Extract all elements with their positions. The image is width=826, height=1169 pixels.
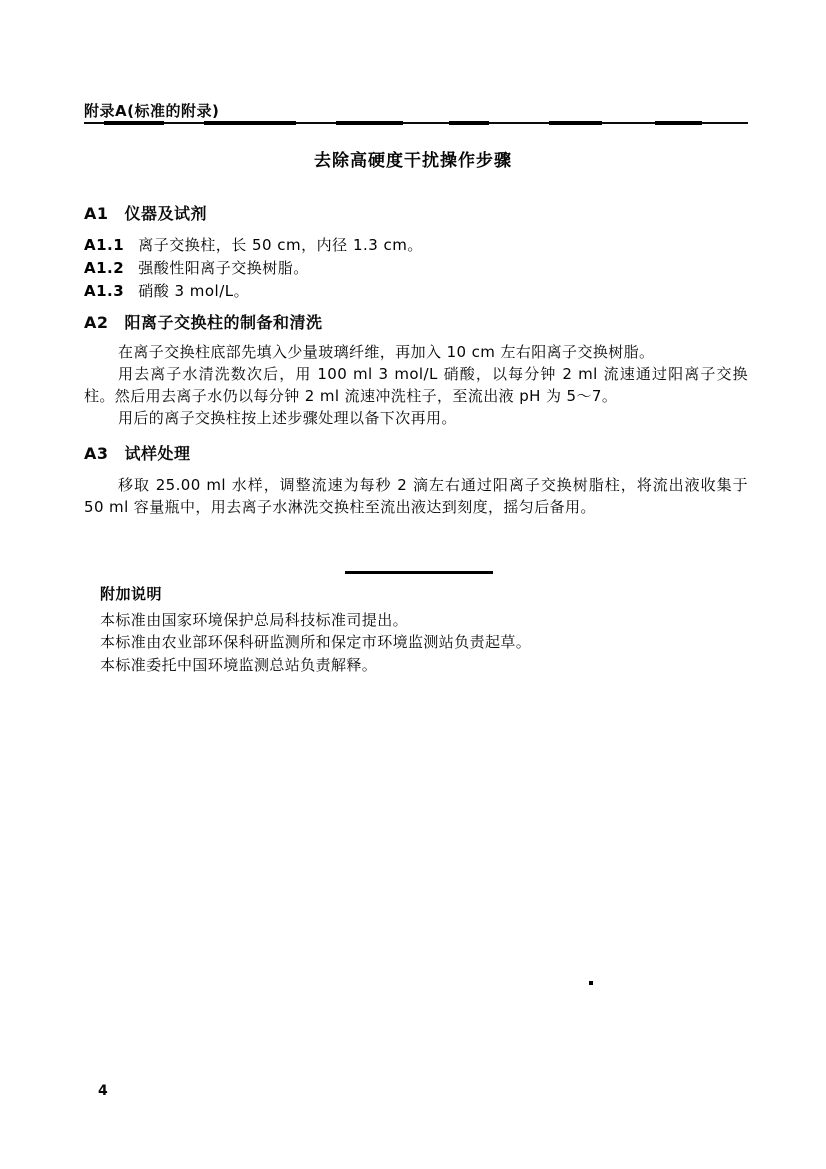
header-rule bbox=[84, 120, 748, 126]
item-number: A1.2 bbox=[84, 257, 124, 280]
section-a2-body: 在离子交换柱底部先填入少量玻璃纤维，再加入 10 cm 左右阳离子交换树脂。 用… bbox=[84, 341, 748, 429]
section-a2-heading: A2阳离子交换柱的制备和清洗 bbox=[84, 310, 323, 333]
addendum-line: 本标准由国家环境保护总局科技标准司提出。 bbox=[100, 609, 720, 632]
section-a3-heading: A3试样处理 bbox=[84, 441, 191, 464]
reagent-list: A1.1离子交换柱，长 50 cm，内径 1.3 cm。 A1.2强酸性阳离子交… bbox=[84, 234, 764, 303]
item-text: 离子交换柱，长 50 cm，内径 1.3 cm。 bbox=[138, 236, 423, 254]
item-number: A1.1 bbox=[84, 234, 124, 257]
section-a1-heading: A1仪器及试剂 bbox=[84, 201, 207, 224]
section-a3-body: 移取 25.00 ml 水样，调整流速为每秒 2 滴左右通过阳离子交换树脂柱，将… bbox=[84, 474, 748, 518]
header-rule-segment bbox=[336, 121, 402, 125]
section-a1-number: A1 bbox=[84, 204, 109, 223]
addendum-line: 本标准委托中国环境监测总站负责解释。 bbox=[100, 654, 720, 677]
header-rule-segment bbox=[655, 121, 701, 125]
paragraph: 在离子交换柱底部先填入少量玻璃纤维，再加入 10 cm 左右阳离子交换树脂。 bbox=[84, 341, 748, 363]
addendum-title: 附加说明 bbox=[100, 583, 720, 606]
addendum-divider bbox=[345, 571, 493, 574]
section-a3-number: A3 bbox=[84, 444, 109, 463]
section-a3-title: 试样处理 bbox=[125, 444, 191, 463]
item-number: A1.3 bbox=[84, 280, 124, 303]
document-page: 附录A(标准的附录) 去除高硬度干扰操作步骤 A1仪器及试剂 A1.1离子交换柱… bbox=[0, 0, 826, 1169]
item-text: 硝酸 3 mol/L。 bbox=[138, 282, 249, 300]
list-item: A1.2强酸性阳离子交换树脂。 bbox=[84, 257, 764, 280]
header-rule-segment bbox=[204, 121, 297, 125]
header-rule-segment bbox=[449, 121, 489, 125]
section-a1-title: 仪器及试剂 bbox=[125, 204, 208, 223]
page-number: 4 bbox=[98, 1083, 108, 1099]
header-rule-segment bbox=[549, 121, 602, 125]
document-title: 去除高硬度干扰操作步骤 bbox=[0, 146, 826, 171]
header-rule-segment bbox=[104, 121, 164, 125]
header-rule-base bbox=[84, 122, 748, 124]
section-a2-title: 阳离子交换柱的制备和清洗 bbox=[125, 313, 323, 332]
paragraph: 用去离子水清洗数次后，用 100 ml 3 mol/L 硝酸，以每分钟 2 ml… bbox=[84, 363, 748, 407]
addendum-line: 本标准由农业部环保科研监测所和保定市环境监测站负责起草。 bbox=[100, 631, 720, 654]
section-a2-number: A2 bbox=[84, 313, 109, 332]
list-item: A1.3硝酸 3 mol/L。 bbox=[84, 280, 764, 303]
item-text: 强酸性阳离子交换树脂。 bbox=[138, 259, 309, 277]
paragraph: 用后的离子交换柱按上述步骤处理以备下次再用。 bbox=[84, 407, 748, 429]
addendum: 附加说明 本标准由国家环境保护总局科技标准司提出。 本标准由农业部环保科研监测所… bbox=[100, 583, 720, 676]
scan-speck bbox=[589, 981, 593, 985]
list-item: A1.1离子交换柱，长 50 cm，内径 1.3 cm。 bbox=[84, 234, 764, 257]
paragraph: 移取 25.00 ml 水样，调整流速为每秒 2 滴左右通过阳离子交换树脂柱，将… bbox=[84, 474, 748, 518]
appendix-header: 附录A(标准的附录) bbox=[84, 100, 219, 121]
